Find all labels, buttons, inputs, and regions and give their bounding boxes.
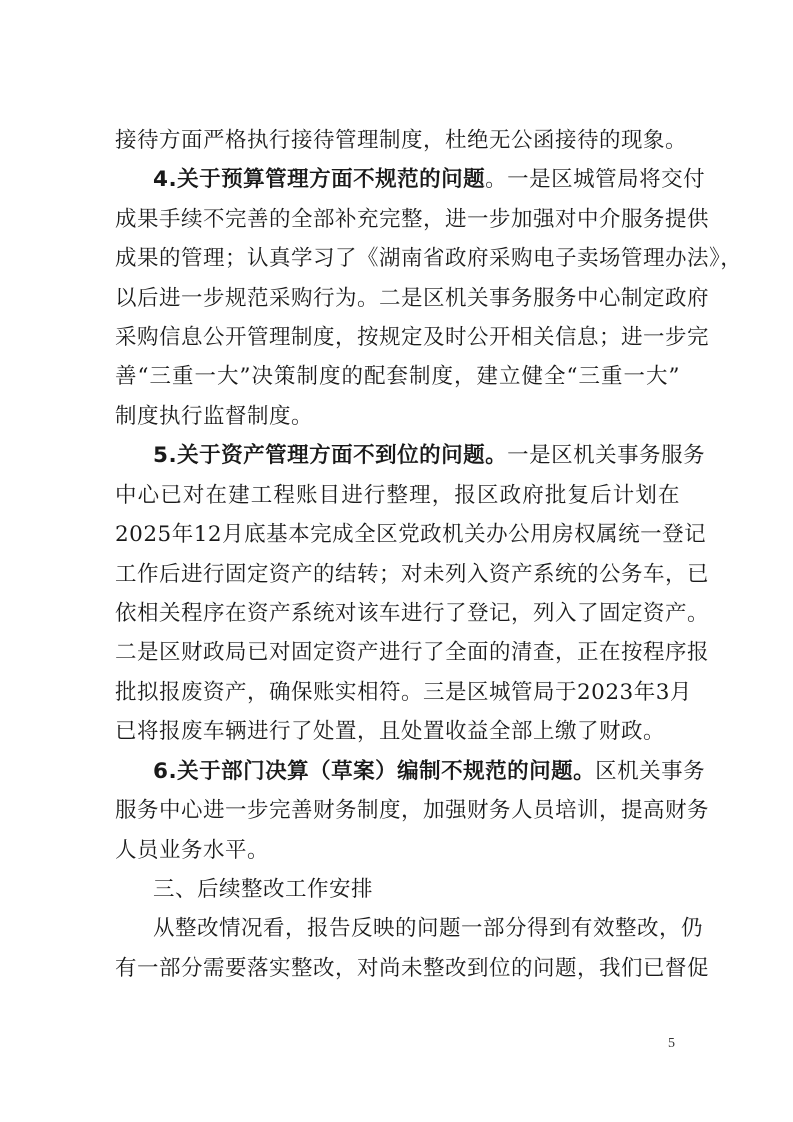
line-text: 依相关程序在资产系统对该车进行了登记，列入了固定资产。 [115,601,709,626]
paragraph-line: 批拟报废资产，确保账实相符。三是区城管局于2023年3月 [115,678,680,708]
line-text: 从整改情况看，报告反映的问题一部分得到有效整改，仍 [153,916,703,941]
paragraph-line: 中心已对在建工程账目进行整理，报区政府批复后计划在 [115,481,680,511]
paragraph-line: 工作后进行固定资产的结转；对未列入资产系统的公务车，已 [115,560,680,590]
line-text: 2025年12月底基本完成全区党政机关办公用房权属统一登记 [115,522,706,547]
line-text: 已将报废车辆进行了处置，且处置收益全部上缴了财政。 [115,719,665,744]
section-three-heading: 三、后续整改工作安排 [153,877,373,902]
paragraph-line: 以后进一步规范采购行为。二是区机关事务服务中心制定政府 [115,284,680,314]
paragraph-line: 从整改情况看，报告反映的问题一部分得到有效整改，仍 [153,914,680,944]
section-4-heading-line: 4.关于预算管理方面不规范的问题。一是区城管局将交付 [153,165,680,195]
paragraph-line: 二是区财政局已对固定资产进行了全面的清查，正在按程序报 [115,638,680,668]
line-text: 有一部分需要落实整改，对尚未整改到位的问题，我们已督促 [115,956,709,981]
line-text: 以后进一步规范采购行为。二是区机关事务服务中心制定政府 [115,286,709,311]
paragraph-line: 依相关程序在资产系统对该车进行了登记，列入了固定资产。 [115,599,680,629]
line-text: 批拟报废资产，确保账实相符。三是区城管局于2023年3月 [115,680,692,705]
paragraph-line: 2025年12月底基本完成全区党政机关办公用房权属统一登记 [115,520,680,550]
line-text: 采购信息公开管理制度，按规定及时公开相关信息；进一步完 [115,325,709,350]
paragraph-line: 有一部分需要落实整改，对尚未整改到位的问题，我们已督促 [115,954,680,984]
document-page: 接待方面严格执行接待管理制度，杜绝无公函接待的现象。 4.关于预算管理方面不规范… [0,0,793,1122]
paragraph-line: 接待方面严格执行接待管理制度，杜绝无公函接待的现象。 [115,126,680,156]
paragraph-line: 服务中心进一步完善财务制度，加强财务人员培训，提高财务 [115,796,680,826]
paragraph-line: 善“三重一大”决策制度的配套制度，建立健全“三重一大” [115,362,680,392]
line-text: 。一是区城管局将交付 [485,167,705,192]
paragraph-line: 成果的管理；认真学习了《湖南省政府采购电子卖场管理办法》， [115,244,680,274]
line-text: 成果手续不完善的全部补充完整，进一步加强对中介服务提供 [115,207,709,232]
line-text: 二是区财政局已对固定资产进行了全面的清查，正在按程序报 [115,640,709,665]
line-text: 工作后进行固定资产的结转；对未列入资产系统的公务车，已 [115,562,709,587]
page-number: 5 [668,1036,675,1052]
line-text: 区机关事务 [595,759,705,784]
line-text: 制度执行监督制度。 [115,404,313,429]
section-6-heading-line: 6.关于部门决算（草案）编制不规范的问题。区机关事务 [153,757,680,787]
paragraph-line: 已将报废车辆进行了处置，且处置收益全部上缴了财政。 [115,717,680,747]
line-text: 一是区机关事务服务 [507,443,705,468]
section-5-heading-line: 5.关于资产管理方面不到位的问题。一是区机关事务服务 [153,441,680,471]
paragraph-line: 人员业务水平。 [115,836,680,866]
section-5-title: 5.关于资产管理方面不到位的问题。 [153,443,507,468]
line-text: 中心已对在建工程账目进行整理，报区政府批复后计划在 [115,483,680,508]
line-text: 善“三重一大”决策制度的配套制度，建立健全“三重一大” [115,364,680,389]
section-heading-line: 三、后续整改工作安排 [153,875,680,905]
line-text: 接待方面严格执行接待管理制度，杜绝无公函接待的现象。 [115,128,687,153]
paragraph-line: 采购信息公开管理制度，按规定及时公开相关信息；进一步完 [115,323,680,353]
paragraph-line: 成果手续不完善的全部补充完整，进一步加强对中介服务提供 [115,205,680,235]
line-text: 成果的管理；认真学习了《湖南省政府采购电子卖场管理办法》， [115,246,742,271]
line-text: 人员业务水平。 [115,838,269,863]
section-4-title: 4.关于预算管理方面不规范的问题 [153,167,485,192]
line-text: 服务中心进一步完善财务制度，加强财务人员培训，提高财务 [115,798,709,823]
paragraph-line: 制度执行监督制度。 [115,402,680,432]
section-6-title: 6.关于部门决算（草案）编制不规范的问题。 [153,759,595,784]
